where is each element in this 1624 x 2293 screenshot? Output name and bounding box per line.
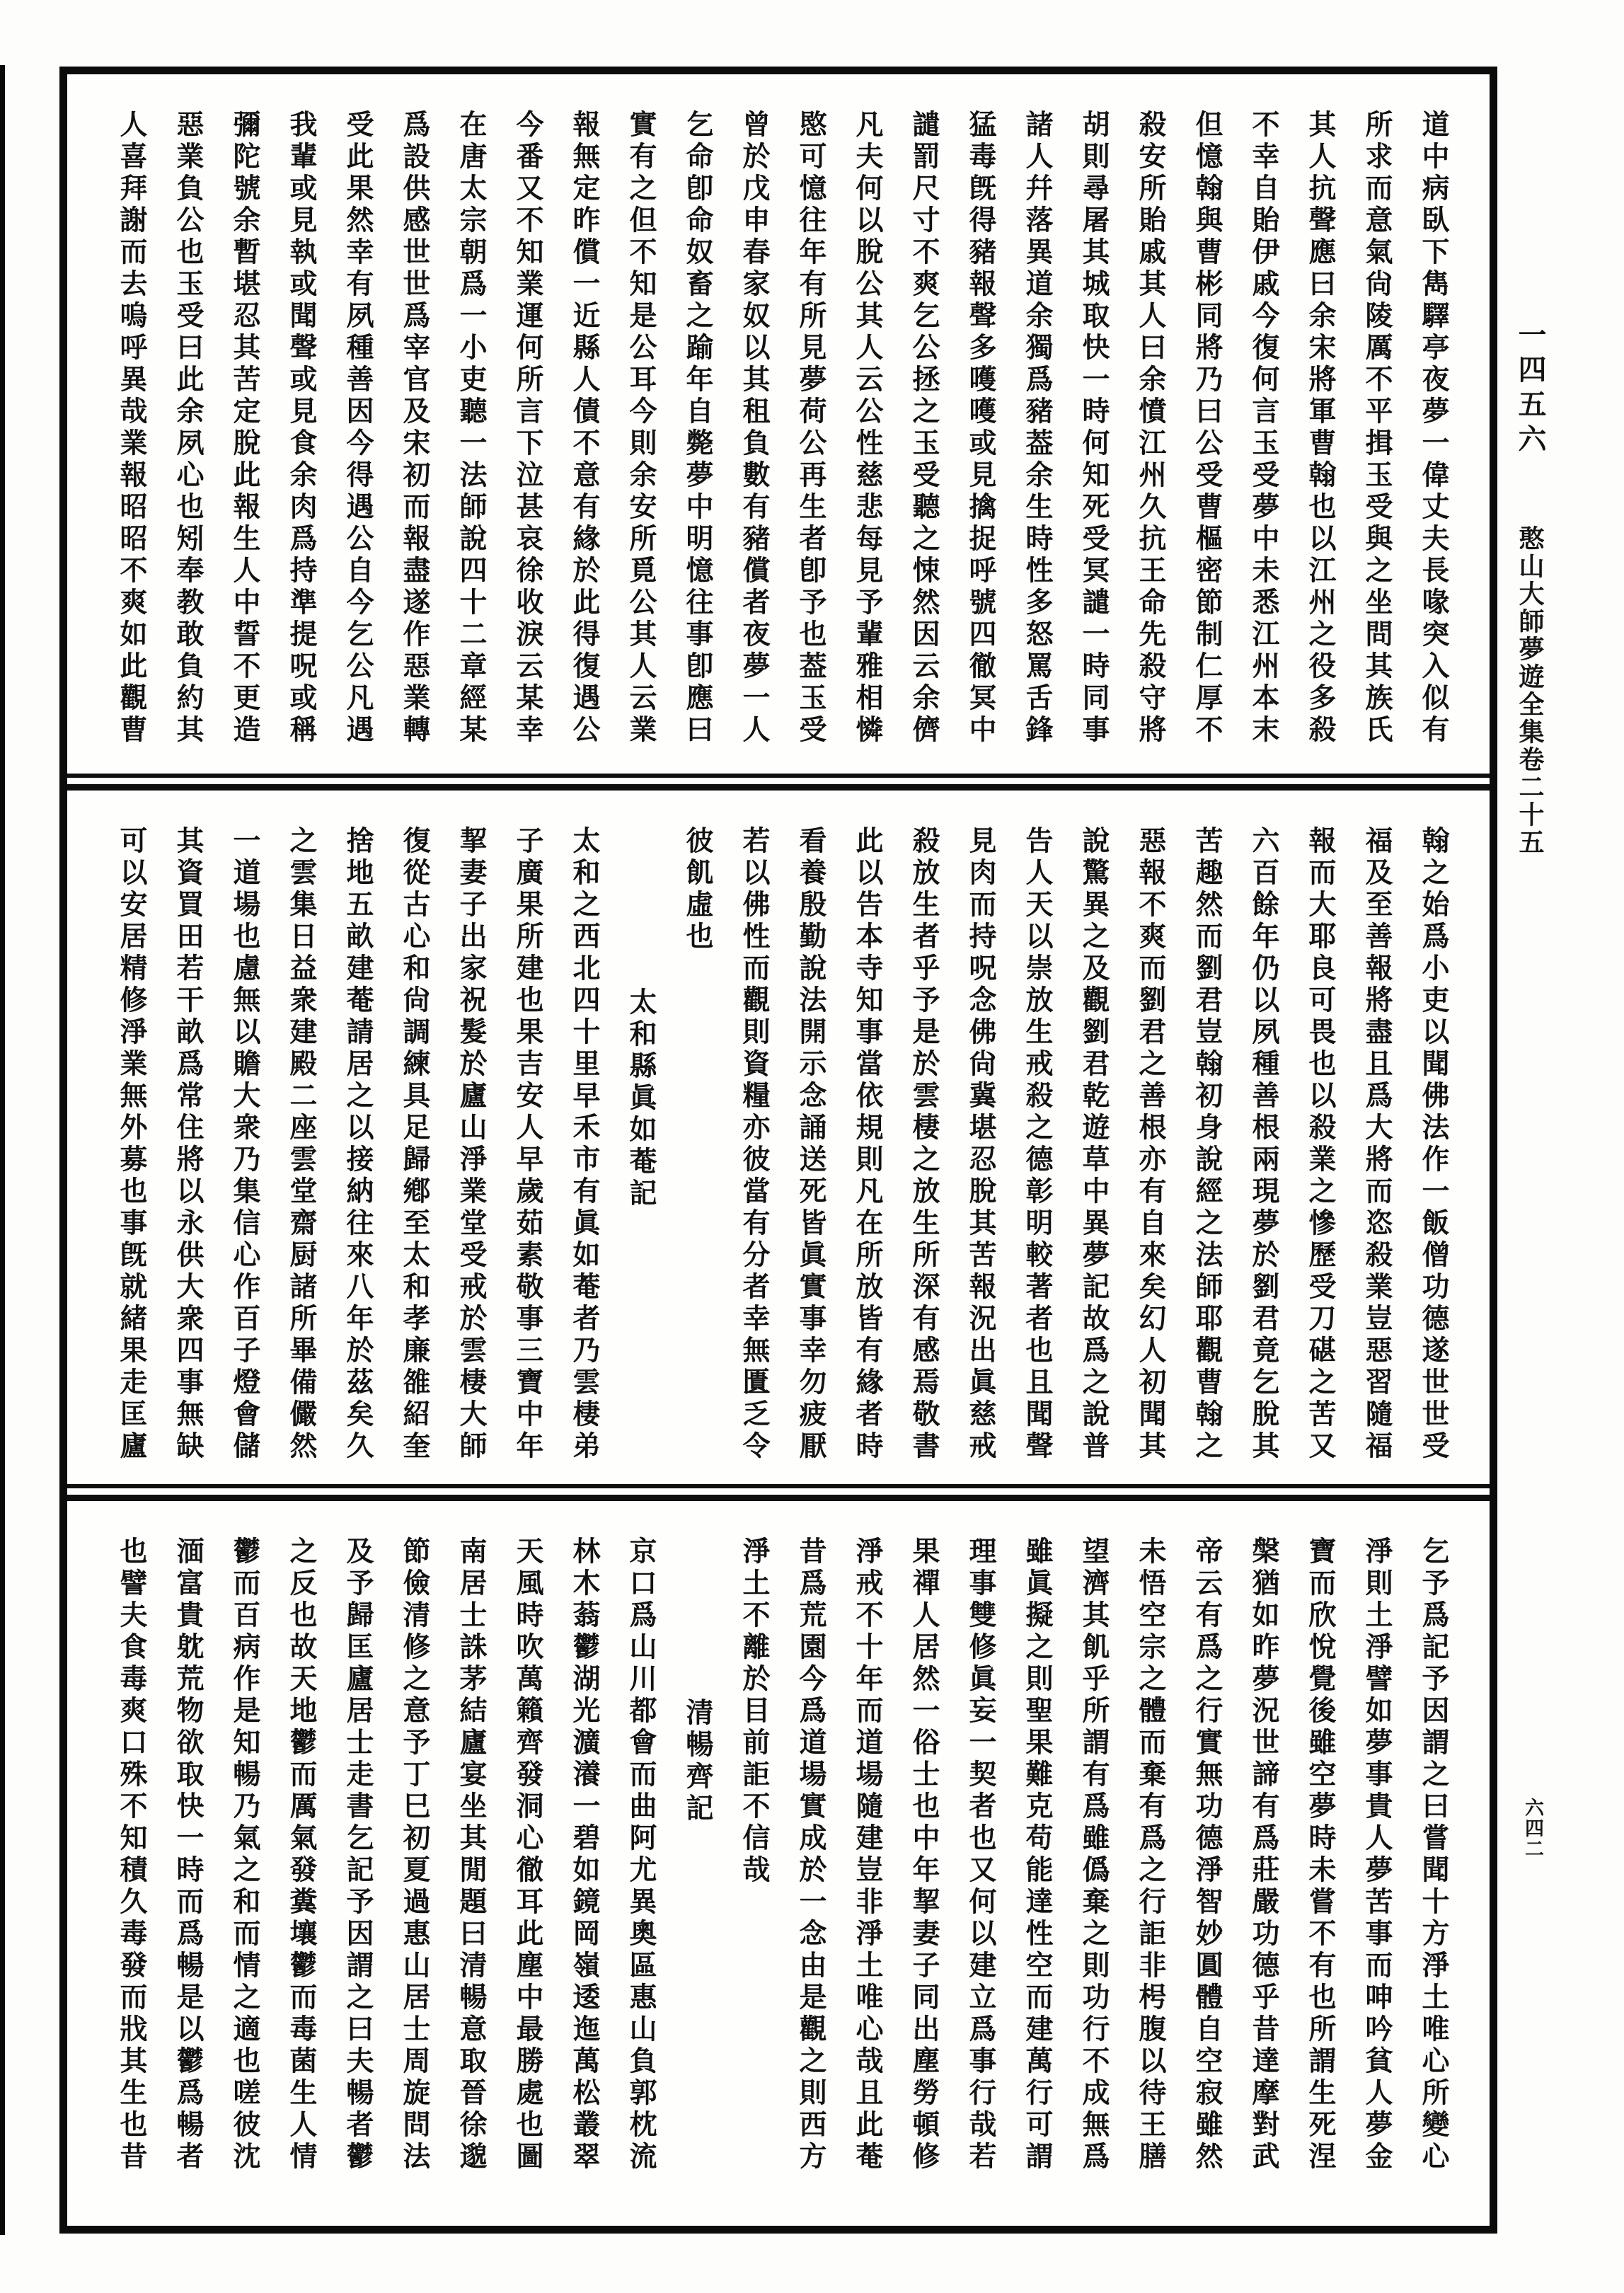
text-column: 在唐太宗朝爲一小吏聽一法師說四十二章經某 xyxy=(442,110,499,755)
lower-text-band: 乞予爲記予因謂之曰嘗聞十方淨土唯心所變心淨則土淨譬如夢事貴人夢苦事而呻吟貧人夢金… xyxy=(67,1501,1490,2226)
text-column: 淨戒不十年而道場隨建豈非淨土唯心哉且此菴 xyxy=(839,1536,895,2207)
text-column: 說驚異之及觀劉君乾遊草中異夢記故爲之說普 xyxy=(1065,826,1122,1466)
text-column: 報無定昨償一近縣人債不意有緣於此得復遇公 xyxy=(555,110,612,755)
text-column: 愍可憶往年有所見夢荷公再生者卽予也葢玉受 xyxy=(782,110,839,755)
text-column: 彌陀號余暫堪忍其苦定脫此報生人中誓不更造 xyxy=(216,110,272,755)
middle-text-band: 翰之始爲小吏以聞佛法作一飯僧功德遂世世受福及至善報將盡且爲大將而恣殺業豈惡習隨福… xyxy=(67,791,1490,1484)
text-column: 槃猶如昨夢況世諦有爲莊嚴功德乎昔達摩對武 xyxy=(1235,1536,1291,2207)
text-column: 一道場也慮無以贍大衆乃集信心作百子燈會儲 xyxy=(216,826,272,1466)
text-column: 乞命卽命奴畜之踰年自斃夢中明憶往事卽應曰 xyxy=(669,110,725,755)
text-column: 及予歸匡廬居士走書乞記予因謂之曰夫暢者鬱 xyxy=(329,1536,386,2207)
text-column: 見肉而持呪念佛尙冀堪忍脫其苦報況出眞慈戒 xyxy=(952,826,1008,1466)
text-column: 受此果然幸有夙種善因今得遇公自今乞公凡遇 xyxy=(329,110,386,755)
text-column: 乞予爲記予因謂之曰嘗聞十方淨土唯心所變心 xyxy=(1405,1536,1461,2207)
text-column: 雖眞擬之則聖果難克苟能達性空而建萬行可謂 xyxy=(1008,1536,1065,2207)
text-column: 其人抗聲應曰余宋將軍曹翰也以江州之役多殺 xyxy=(1291,110,1348,755)
text-column: 猛毒旣得豬報聲多嚄嚄或見擒捉呼號四徹冥中 xyxy=(952,110,1008,755)
text-column: 諸人幷落異道余獨爲豬葢余生時性多怒罵舌鋒 xyxy=(1008,110,1065,755)
leaf-number: 六四二 xyxy=(1519,1798,1546,1859)
text-column: 胡則尋屠其城取快一時何知死受冥譴一時同事 xyxy=(1065,110,1122,755)
text-column: 淨土不離於目前詎不信哉 xyxy=(725,1536,782,2207)
text-column: 節儉清修之意予丁巳初夏過惠山居士周旋問法 xyxy=(386,1536,442,2207)
text-column: 之反也故天地鬱而厲氣發糞壤鬱而毒菌生人情 xyxy=(272,1536,329,2207)
scan-gutter-shadow xyxy=(0,65,5,2235)
text-column: 人喜拜謝而去嗚呼異哉業報昭昭不爽如此觀曹 xyxy=(103,110,159,755)
text-column: 苦趣然而劉君豈翰初身說經之法師耶觀曹翰之 xyxy=(1178,826,1235,1466)
text-column: 子廣果所建也果吉安人早歲茹素敬事三寶中年 xyxy=(499,826,555,1466)
text-column: 實有之但不知是公耳今則余安所覓公其人云業 xyxy=(612,110,669,755)
text-column: 也譬夫食毒爽口殊不知積久毒發而戕其生也昔 xyxy=(103,1536,159,2207)
text-column: 報而大耶良可畏也以殺業之慘歷受刀碪之苦又 xyxy=(1291,826,1348,1466)
text-column: 捨地五畝建菴請居之以接納往來八年於茲矣久 xyxy=(329,826,386,1466)
text-column: 曾於戊申春家奴以其租負數有豬償者夜夢一人 xyxy=(725,110,782,755)
text-column: 所求而意氣尙陵厲不平揖玉受與之坐問其族氏 xyxy=(1348,110,1405,755)
text-column: 南居士誅茅結廬宴坐其閒題曰清暢意取晉徐邈 xyxy=(442,1536,499,2207)
text-column: 譴罰尺寸不爽乞公拯之玉受聽之悚然因云余儕 xyxy=(895,110,952,755)
text-column: 理事雙修眞妄一契者也又何以建立爲事行哉若 xyxy=(952,1536,1008,2207)
text-column: 復從古心和尙調練具足歸鄕至太和孝廉雒紹奎 xyxy=(386,826,442,1466)
text-column: 林木蓊鬱湖光瀇瀁一碧如鏡岡嶺逶迤萬松叢翠 xyxy=(555,1536,612,2207)
text-column: 鬱而百病作是知暢乃氣之和而情之適也嗟彼沈 xyxy=(216,1536,272,2207)
text-column: 挈妻子出家祝髮於廬山淨業堂受戒於雲棲大師 xyxy=(442,826,499,1466)
text-column: 不幸自貽伊戚今復何言玉受夢中未悉江州本末 xyxy=(1235,110,1291,755)
text-column: 湎富貴躭荒物欲取快一時而爲暢是以鬱爲暢者 xyxy=(159,1536,216,2207)
text-column: 福及至善報將盡且爲大將而恣殺業豈惡習隨福 xyxy=(1348,826,1405,1466)
band-separator xyxy=(67,774,1490,791)
text-column: 殺安所貽戚其人曰余憤江州久抗王命先殺守將 xyxy=(1122,110,1178,755)
text-column: 爲設供感世世爲宰官及宋初而報盡遂作惡業轉 xyxy=(386,110,442,755)
text-column: 寶而欣悅覺後雖空夢時未嘗不有也所謂生死涅 xyxy=(1291,1536,1348,2207)
text-column: 若以佛性而觀則資糧亦彼當有分者幸無匱乏令 xyxy=(725,826,782,1466)
text-column: 其資買田若干畝爲常住將以永供大衆四事無缺 xyxy=(159,826,216,1466)
section-title-column: 太和縣眞如菴記 xyxy=(612,826,669,1466)
text-column: 此以告本寺知事當依規則凡在所放皆有緣者時 xyxy=(839,826,895,1466)
text-column: 果禪人居然一俗士也中年挈妻子同出塵勞頓修 xyxy=(895,1536,952,2207)
upper-text-band: 道中病臥下雋驛亭夜夢一偉丈夫長喙突入似有所求而意氣尙陵厲不平揖玉受與之坐問其族氏… xyxy=(67,74,1490,774)
section-title-column: 清暢齊記 xyxy=(669,1536,725,2207)
text-column: 太和之西北四十里早禾市有眞如菴者乃雲棲弟 xyxy=(555,826,612,1466)
volume-title: 憨山大師夢遊全集卷二十五 xyxy=(1511,525,1548,856)
text-column: 道中病臥下雋驛亭夜夢一偉丈夫長喙突入似有 xyxy=(1405,110,1461,755)
text-column: 未悟空宗之體而棄有爲之行詎非枵腹以待王膳 xyxy=(1122,1536,1178,2207)
scanned-book-page: 道中病臥下雋驛亭夜夢一偉丈夫長喙突入似有所求而意氣尙陵厲不平揖玉受與之坐問其族氏… xyxy=(0,0,1624,2293)
text-column: 淨則土淨譬如夢事貴人夢苦事而呻吟貧人夢金 xyxy=(1348,1536,1405,2207)
text-column: 帝云有爲之行實無功德淨智妙圓體自空寂雖然 xyxy=(1178,1536,1235,2207)
text-column: 可以安居精修淨業無外募也事旣就緒果走匡廬 xyxy=(103,826,159,1466)
band-separator xyxy=(67,1484,1490,1501)
page-frame: 道中病臥下雋驛亭夜夢一偉丈夫長喙突入似有所求而意氣尙陵厲不平揖玉受與之坐問其族氏… xyxy=(59,67,1497,2234)
text-column: 今番又不知業運何所言下泣甚哀徐收淚云某幸 xyxy=(499,110,555,755)
text-column: 告人天以崇放生戒殺之德彰明較著者也且聞聲 xyxy=(1008,826,1065,1466)
text-column: 之雲集日益衆建殿二座雲堂齋厨諸所畢備儼然 xyxy=(272,826,329,1466)
text-column: 望濟其飢乎所謂有爲雖僞棄之則功行不成無爲 xyxy=(1065,1536,1122,2207)
text-column: 惡報不爽而劉君之善根亦有自來矣幻人初聞其 xyxy=(1122,826,1178,1466)
text-column: 我輩或見執或聞聲或見食余肉爲持準提呪或稱 xyxy=(272,110,329,755)
text-column: 六百餘年仍以夙種善根兩現夢於劉君竟乞脫其 xyxy=(1235,826,1291,1466)
text-column: 看養殷勤說法開示念誦送死皆眞實事幸勿疲厭 xyxy=(782,826,839,1466)
text-column: 但憶翰與曹彬同將乃曰公受曹樞密節制仁厚不 xyxy=(1178,110,1235,755)
text-column: 凡夫何以脫公其人云公性慈悲每見予輩雅相憐 xyxy=(839,110,895,755)
text-column: 殺放生者乎予是於雲棲之放生所深有感焉敬書 xyxy=(895,826,952,1466)
folio-number: 一四五六 xyxy=(1510,320,1550,459)
text-column: 天風時吹萬籟齊發洞心徹耳此塵中最勝處也圖 xyxy=(499,1536,555,2207)
text-column: 彼飢虛也 xyxy=(669,826,725,1466)
text-column: 翰之始爲小吏以聞佛法作一飯僧功德遂世世受 xyxy=(1405,826,1461,1466)
text-column: 京口爲山川都會而曲阿尤異奧區惠山負郭枕流 xyxy=(612,1536,669,2207)
text-column: 惡業負公也玉受曰此余夙心也矧奉教敢負約其 xyxy=(159,110,216,755)
text-column: 昔爲荒園今爲道場實成於一念由是觀之則西方 xyxy=(782,1536,839,2207)
